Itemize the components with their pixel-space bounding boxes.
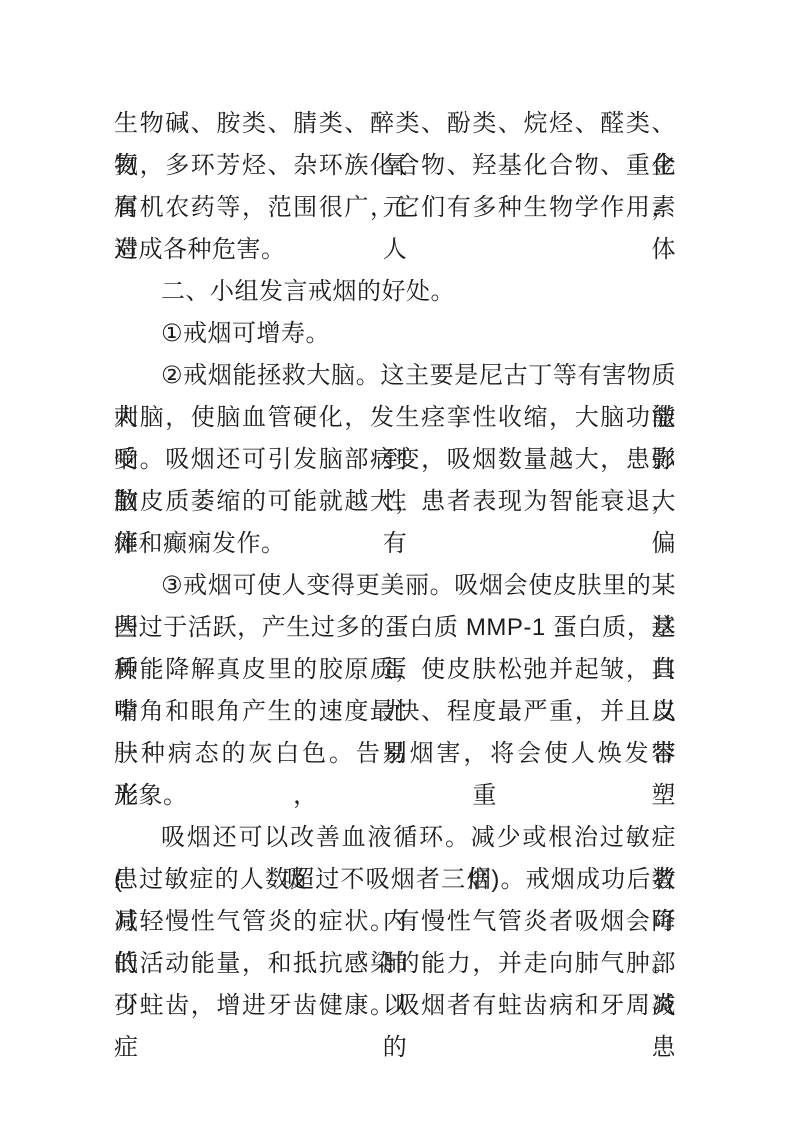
text-line: 质能降解真皮里的胶原质，使皮肤松弛并起皱，其中尤以 [114,649,676,691]
text-line: 响。吸烟还可引发脑部病变，吸烟数量越大，患弥散性大 [114,439,676,481]
text-line: 大脑，使脑血管硬化，发生痉挛性收缩，大脑功能受到影 [114,397,676,439]
text-line-list-item-2: ②戒烟能拯救大脑。这主要是尼古丁等有害物质刺激 [114,355,676,397]
text-line: 患过敏症的人数超过不吸烟者三倍)。戒烟成功后数月内可 [114,859,676,901]
document-page: 生物碱、胺类、腈类、醉类、酚类、烷烃、醛类、氮氧化 物，多环芳烃、杂环族化合物、… [0,0,793,1122]
text-line: 因过于活跃，产生过多的蛋白质 MMP-1 蛋白质，这种蛋白 [114,607,676,649]
text-line: 一种病态的灰白色。告别烟害，将会使人焕发容光，重塑 [114,733,676,775]
text-line: 少蛀齿，增进牙齿健康。吸烟者有蛀齿病和牙周炎症的患 [114,985,676,1027]
text-line: 物，多环芳烃、杂环族化合物、羟基化合物、重金属元素 [114,145,676,187]
text-line: 有机农药等，范围很广，它们有多种生物学作用，对人体 [114,187,676,229]
text-line: 嘴角和眼角产生的速度最快、程度最严重，并且皮肤易带 [114,691,676,733]
text-line: 减轻慢性气管炎的症状。有慢性气管炎者吸烟会降低肺部 [114,901,676,943]
document-text-block: 生物碱、胺类、腈类、醉类、酚类、烷烃、醛类、氮氧化 物，多环芳烃、杂环族化合物、… [114,103,676,1027]
text-line: 生物碱、胺类、腈类、醉类、酚类、烷烃、醛类、氮氧化 [114,103,676,145]
text-line-section-heading: 二、小组发言戒烟的好处。 [114,271,676,313]
text-line-list-item-3: ③戒烟可使人变得更美丽。吸烟会使皮肤里的某些基 [114,565,676,607]
text-line-list-item-1: ①戒烟可增寿。 [114,313,676,355]
text-line: 的活动能量，和抵抗感染的能力，并走向肺气肿。 可以减 [114,943,676,985]
text-line: 吸烟还可以改善血液循环。减少或根治过敏症(吸烟者 [114,817,676,859]
text-line: 脑皮质萎缩的可能就越大，患者表现为智能衰退，伴有偏 [114,481,676,523]
